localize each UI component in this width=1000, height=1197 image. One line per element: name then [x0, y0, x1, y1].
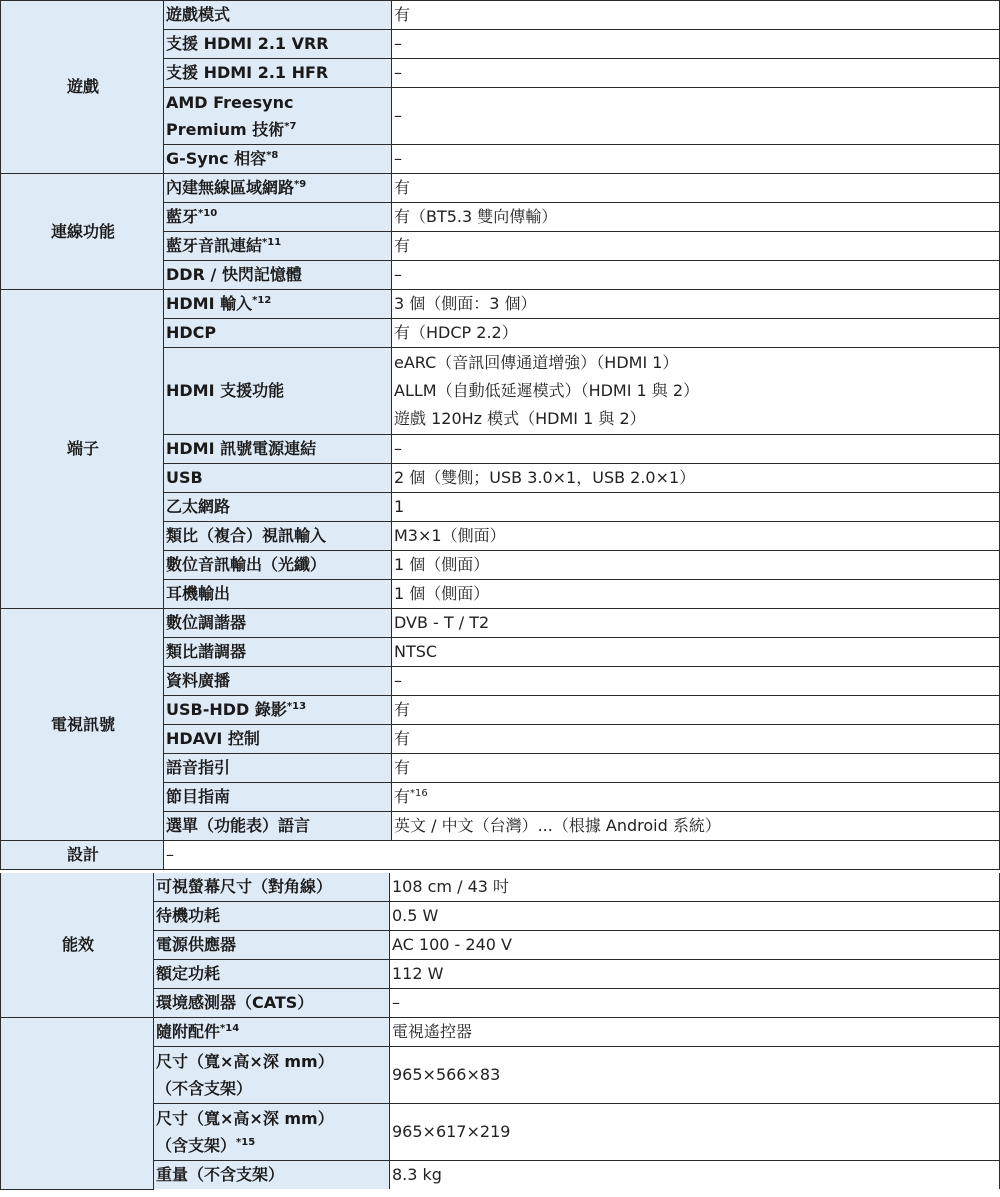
- row-value: 965×566×83: [390, 1047, 1000, 1104]
- category-gaming: 遊戲: [1, 1, 164, 174]
- row-label: 支援 HDMI 2.1 VRR: [164, 30, 392, 59]
- footnote-ref: *10: [198, 208, 217, 219]
- row-label: 尺寸（寬×高×深 mm） （含支架）*15: [154, 1104, 390, 1161]
- footnote-ref: *13: [287, 701, 306, 712]
- row-value: eARC（音訊回傳通道增強）（HDMI 1） ALLM（自動低延遲模式）（HDM…: [392, 348, 1000, 435]
- row-value: DVB - T / T2: [392, 609, 1000, 638]
- row-label: 可視螢幕尺寸（對角線）: [154, 873, 390, 902]
- row-label: 類比（複合）視訊輸入: [164, 522, 392, 551]
- table-row: 端子 HDMI 輸入*12 3 個（側面：3 個）: [1, 290, 1000, 319]
- row-label: 選單（功能表）語言: [164, 812, 392, 841]
- row-value: 0.5 W: [390, 902, 1000, 931]
- table-row: 遊戲 遊戲模式 有: [1, 1, 1000, 30]
- row-label: 乙太網路: [164, 493, 392, 522]
- spec-table-lower: 能效 可視螢幕尺寸（對角線） 108 cm / 43 吋 待機功耗 0.5 W …: [0, 873, 1000, 1190]
- row-value: 英文 / 中文（台灣）...（根據 Android 系統）: [392, 812, 1000, 841]
- row-value: –: [392, 667, 1000, 696]
- footnote-ref: *16: [410, 788, 428, 799]
- row-value: 有: [392, 1, 1000, 30]
- category-tv-signal: 電視訊號: [1, 609, 164, 841]
- row-label: USB: [164, 464, 392, 493]
- footnote-ref: *9: [294, 179, 306, 190]
- row-label: 額定功耗: [154, 960, 390, 989]
- row-value: –: [392, 261, 1000, 290]
- row-value: NTSC: [392, 638, 1000, 667]
- row-value: 電視遙控器: [390, 1018, 1000, 1047]
- row-label: 隨附配件*14: [154, 1018, 390, 1047]
- row-value: 有*16: [392, 783, 1000, 812]
- row-label: 類比諧調器: [164, 638, 392, 667]
- category-design: 設計: [1, 841, 164, 870]
- row-value: 1: [392, 493, 1000, 522]
- row-label: 尺寸（寬×高×深 mm） （不含支架）: [154, 1047, 390, 1104]
- row-value: –: [392, 88, 1000, 145]
- row-label: G-Sync 相容*8: [164, 145, 392, 174]
- row-value: 有: [392, 696, 1000, 725]
- table-row: 隨附配件*14 電視遙控器: [1, 1018, 1000, 1047]
- footnote-ref: *12: [252, 295, 271, 306]
- row-value: 有（BT5.3 雙向傳輸）: [392, 203, 1000, 232]
- footnote-ref: *11: [262, 237, 281, 248]
- row-value: M3×1（側面）: [392, 522, 1000, 551]
- spec-table: 遊戲 遊戲模式 有 支援 HDMI 2.1 VRR – 支援 HDMI 2.1 …: [0, 0, 1000, 870]
- row-value: 1 個（側面）: [392, 551, 1000, 580]
- row-label: AMD Freesync Premium 技術*7: [164, 88, 392, 145]
- row-label: HDMI 訊號電源連結: [164, 435, 392, 464]
- row-value: 8.3 kg: [390, 1161, 1000, 1190]
- row-value: 有: [392, 232, 1000, 261]
- row-label: DDR / 快閃記憶體: [164, 261, 392, 290]
- row-label: HDMI 輸入*12: [164, 290, 392, 319]
- row-value: 965×617×219: [390, 1104, 1000, 1161]
- row-label: 藍牙音訊連結*11: [164, 232, 392, 261]
- row-value: 有（HDCP 2.2）: [392, 319, 1000, 348]
- row-value: 108 cm / 43 吋: [390, 873, 1000, 902]
- footnote-ref: *15: [236, 1137, 255, 1148]
- row-label: 數位調諧器: [164, 609, 392, 638]
- row-value: 有: [392, 174, 1000, 203]
- row-value: 3 個（側面：3 個）: [392, 290, 1000, 319]
- row-label: 環境感測器（CATS）: [154, 989, 390, 1018]
- row-label: HDMI 支援功能: [164, 348, 392, 435]
- table-row: 連線功能 內建無線區域網路*9 有: [1, 174, 1000, 203]
- category-connectivity: 連線功能: [1, 174, 164, 290]
- row-value: –: [392, 59, 1000, 88]
- footnote-ref: *14: [220, 1023, 239, 1034]
- footnote-ref: *8: [266, 150, 278, 161]
- row-label: 電源供應器: [154, 931, 390, 960]
- row-value: –: [164, 841, 1000, 870]
- category-energy: 能效: [1, 873, 154, 1018]
- row-value: 2 個（雙側；USB 3.0×1，USB 2.0×1）: [392, 464, 1000, 493]
- row-label: 語音指引: [164, 754, 392, 783]
- row-label: 重量（不含支架）: [154, 1161, 390, 1190]
- row-value: –: [392, 435, 1000, 464]
- category-terminals: 端子: [1, 290, 164, 609]
- row-label: 待機功耗: [154, 902, 390, 931]
- row-value: 有: [392, 725, 1000, 754]
- row-label: HDCP: [164, 319, 392, 348]
- row-label: 藍牙*10: [164, 203, 392, 232]
- row-label: 資料廣播: [164, 667, 392, 696]
- table-row: 設計 –: [1, 841, 1000, 870]
- row-label: 支援 HDMI 2.1 HFR: [164, 59, 392, 88]
- row-label: 節目指南: [164, 783, 392, 812]
- row-label: 內建無線區域網路*9: [164, 174, 392, 203]
- category-general: [1, 1018, 154, 1190]
- row-label: 數位音訊輸出（光纖）: [164, 551, 392, 580]
- row-label: USB-HDD 錄影*13: [164, 696, 392, 725]
- row-value: AC 100 - 240 V: [390, 931, 1000, 960]
- row-value: 112 W: [390, 960, 1000, 989]
- row-value: –: [390, 989, 1000, 1018]
- row-value: –: [392, 30, 1000, 59]
- row-value: 有: [392, 754, 1000, 783]
- row-value: –: [392, 145, 1000, 174]
- table-row: 能效 可視螢幕尺寸（對角線） 108 cm / 43 吋: [1, 873, 1000, 902]
- row-value: 1 個（側面）: [392, 580, 1000, 609]
- table-row: 電視訊號 數位調諧器 DVB - T / T2: [1, 609, 1000, 638]
- footnote-ref: *7: [284, 121, 296, 132]
- row-label: 耳機輸出: [164, 580, 392, 609]
- row-label: HDAVI 控制: [164, 725, 392, 754]
- row-label: 遊戲模式: [164, 1, 392, 30]
